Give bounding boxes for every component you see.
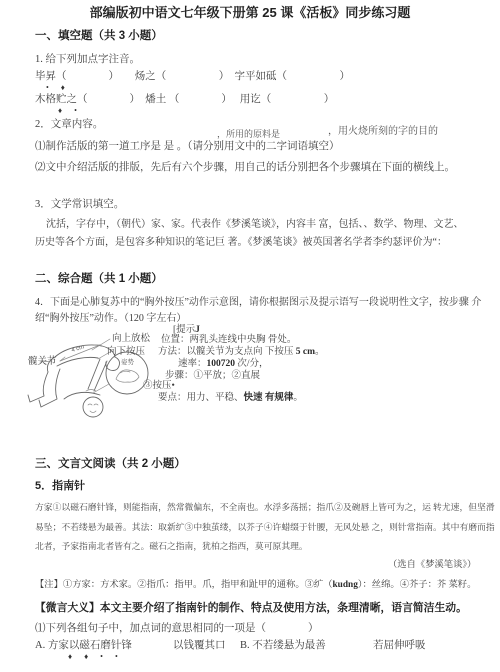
arrow-4cm-label: 4 cm: [71, 344, 85, 354]
q1-blanks-row-1: 毕昇（ ） 炀之（ ） 字平如砥（ ）: [35, 71, 350, 83]
hint-method-line: 方法：以髋关节为支点向 下按压 5 cm。: [158, 347, 325, 358]
option-b-phrase-1: B. 不若缕悬为最善: [240, 640, 326, 652]
q3-paragraph-line-2: 历史等各个方面，是包容多种知识的笔记巨 著。《梦溪笔谈》被英国著名学者李约瑟评价…: [35, 237, 447, 249]
q1-blanks-row-2: 木格贮之（ ） 燔土 （ ） 用讫（ ）: [35, 94, 334, 106]
label-hip-joint: 髋关节: [28, 357, 57, 368]
hint-method-end: 。: [315, 347, 325, 357]
section-1-heading: 一、填空题（共 3 小题）: [35, 30, 163, 43]
hint-method-text: 方法：以髋关节为支点向 下按压: [158, 347, 296, 357]
cpr-illustration: 姿势 4 cm: [26, 333, 178, 419]
q4-stem-line-2: 绍“胸外按压”动作。（120 字左右）: [35, 313, 186, 325]
source-attribution: （选自《梦溪笔谈》）: [388, 560, 476, 571]
q2-note-fire: ，用火烧所刻的字的目的: [328, 126, 438, 138]
hint-title-bold: J: [195, 325, 200, 335]
option-emphasis-dots: ♦ ♦ • •: [68, 652, 123, 661]
label-press-down: 向下按压: [107, 347, 145, 358]
q3-stem: 3．文学常识填空。: [35, 199, 124, 211]
q2-item-2: ⑵文中介绍活版的排版，先后有六个步骤，用自己的话分别把各个步骤填在下面的横线上。: [35, 162, 455, 174]
q1-stem: 1. 给下列加点字注音。: [35, 54, 140, 66]
option-a-phrase-2: 以钱覆其口: [173, 640, 226, 652]
q3-paragraph-line-1: 沈括，字存中，（朝代）家、家。代表作《梦溪笔谈》，内容丰 富，包括、、数学、物理…: [46, 219, 464, 231]
q5-title: 5．指南针: [35, 480, 85, 493]
hint-points-bold: 快速 有规律: [244, 393, 294, 403]
hint-position-line: 位置：两乳头连线中央胸 骨处。: [161, 335, 296, 346]
label-release-up: 向上放松: [112, 334, 150, 345]
notes-end: ）：丝绵。④芥子：芥 菜籽。: [358, 580, 477, 590]
hint-points-end: 。: [293, 393, 303, 403]
posture-label: 姿势: [121, 357, 135, 366]
page-title: 部编版初中语文七年级下册第 25 课《活板》同步练习题: [0, 6, 500, 21]
hint-method-depth: 5 cm: [296, 347, 315, 357]
hint-points-text: 要点：用力、平稳、: [158, 393, 244, 403]
notes-text: 【注】①方家：方术家。②指爪：指甲。爪，指甲和趾甲的通称。③纩（: [35, 580, 333, 590]
section-3-heading: 三、文言文阅读（共 2 小题）: [35, 458, 186, 471]
hint-steps-line: 步骤：①平放；②直展: [165, 371, 260, 382]
classical-text-line-3: 北者，予家指南北者皆有之。磁石之指南，犹柏之指西，莫可原其理。: [35, 541, 308, 551]
notes-line: 【注】①方家：方术家。②指爪：指甲。爪，指甲和趾甲的通称。③纩（kudng）：丝…: [35, 580, 476, 591]
worksheet-page: 部编版初中语文七年级下册第 25 课《活板》同步练习题 一、填空题（共 3 小题…: [0, 0, 500, 672]
hint-rate-unit: 次/分，: [235, 359, 269, 369]
classical-text-line-1: 方家①以磁石磨针锋，则能指南，然常微偏东，不全南也。水浮多荡摇；指爪②及碗唇上皆…: [35, 502, 495, 512]
hint-points-line: 要点：用力、平稳、快速 有规律。: [158, 393, 303, 404]
hint-rate-value: 100720: [207, 359, 236, 369]
hint-rate-text: 速率：: [178, 359, 207, 369]
option-b-phrase-2: 若屈伸呼吸: [373, 640, 426, 652]
q2-item-1: ⑴制作活版的第一道工序是 是 。（请分别用文中的二字词语填空）: [35, 141, 340, 153]
option-a-phrase-1: A. 方家以磁石磨针锋: [35, 640, 132, 652]
q1-emphasis-dots-1: • ♦: [46, 83, 70, 92]
classical-text-line-2: 易坠；不若缕悬为最善。其法：取新纩③中独茧缕，以芥子④许蜡缀于针腰，无风处悬 之…: [35, 522, 495, 532]
q4-stem-line-1: 4．下面是心肺复苏中的“胸外按压”动作示意图，请你根据图示及提示语写一段说明性文…: [35, 297, 481, 309]
q5-sub-question-1: ⑴下列各组句子中，加点词的意思相同的一项是（ ）: [35, 623, 319, 635]
hint-rate-line: 速率：100720 次/分，: [178, 359, 269, 370]
q1-emphasis-dots-2: ♦ •: [58, 106, 82, 115]
q2-note-material: ，所用的原料是: [217, 129, 280, 139]
hint-step3-line: ③按压•: [143, 381, 175, 392]
gist-line: 【微言大义】本文主要介绍了指南针的制作、特点及使用方法，条理清晰，语言简洁生动。: [35, 602, 467, 614]
section-2-heading: 二、综合题（共 1 小题）: [35, 273, 163, 286]
notes-pinyin: kudng: [333, 580, 358, 590]
q2-stem: 2．文章内容。: [35, 119, 103, 131]
